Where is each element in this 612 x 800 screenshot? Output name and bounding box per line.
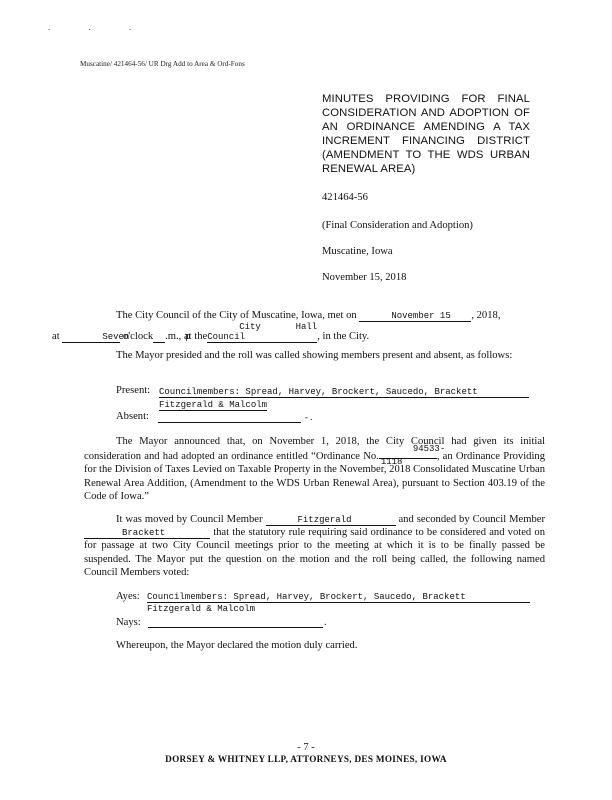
present-line-1: Councilmembers: Spread, Harvey, Brockert… — [159, 387, 529, 398]
motion-text-a: It was moved by Council Member — [116, 514, 263, 525]
place-field: City Hall Council — [207, 322, 317, 343]
scan-marks: . . . — [48, 22, 149, 32]
nays-label: Nays: — [116, 617, 141, 628]
oclock-text: o'clock — [123, 331, 153, 342]
document-reference: Muscatine/ 421464-56/ UR Drg Add to Area… — [80, 60, 245, 68]
meeting-text: The City Council of the City of Muscatin… — [116, 310, 357, 321]
file-number: 421464-56 — [322, 192, 368, 203]
firm-footer: DORSEY & WHITNEY LLP, ATTORNEYS, DES MOI… — [0, 754, 612, 764]
present-label: Present: — [116, 385, 150, 396]
ampm-field: p — [153, 332, 165, 343]
ordinance-number-field: 94533-1118 — [379, 448, 437, 459]
ayes-label: Ayes: — [116, 591, 140, 602]
announcement-paragraph: The Mayor announced that, on November 1,… — [84, 435, 545, 503]
document-location: Muscatine, Iowa — [322, 246, 393, 257]
result-paragraph: Whereupon, the Mayor declared the motion… — [84, 639, 545, 652]
present-line-2: Fitzgerald & Malcolm — [159, 400, 267, 411]
meeting-date-field: November 15 — [359, 311, 471, 322]
ayes-line-1: Councilmembers: Spread, Harvey, Brockert… — [147, 592, 530, 603]
absent-trail-marks: - . — [305, 412, 313, 422]
at-text: at — [52, 331, 60, 342]
document-subtitle: (Final Consideration and Adoption) — [322, 220, 473, 231]
seconder-field: Brackett — [84, 528, 210, 539]
time-field: Seven — [62, 332, 120, 343]
document-title: MINUTES PROVIDING FOR FINAL CONSIDERATIO… — [322, 92, 530, 176]
at-the-text: .m., at the — [165, 331, 207, 342]
page-number: - 7 - — [0, 742, 612, 753]
nays-field — [148, 617, 323, 628]
absent-label: Absent: — [116, 411, 149, 422]
roll-call-intro: The Mayor presided and the roll was call… — [84, 349, 545, 362]
absent-field — [158, 412, 301, 423]
meeting-year-text: , 2018, — [471, 310, 500, 321]
meeting-paragraph: The City Council of the City of Muscatin… — [84, 309, 545, 343]
mover-field: Fitzgerald — [266, 515, 396, 526]
motion-paragraph: It was moved by Council Member Fitzgeral… — [84, 513, 545, 579]
motion-text-b: and seconded by Council Member — [398, 514, 545, 525]
document-date: November 15, 2018 — [322, 272, 406, 283]
ordinance-number: 94533-1118 — [381, 443, 445, 469]
ayes-line-2: Fitzgerald & Malcolm — [147, 604, 255, 614]
nays-period: . — [324, 617, 327, 628]
in-city-text: , in the City. — [317, 331, 369, 342]
